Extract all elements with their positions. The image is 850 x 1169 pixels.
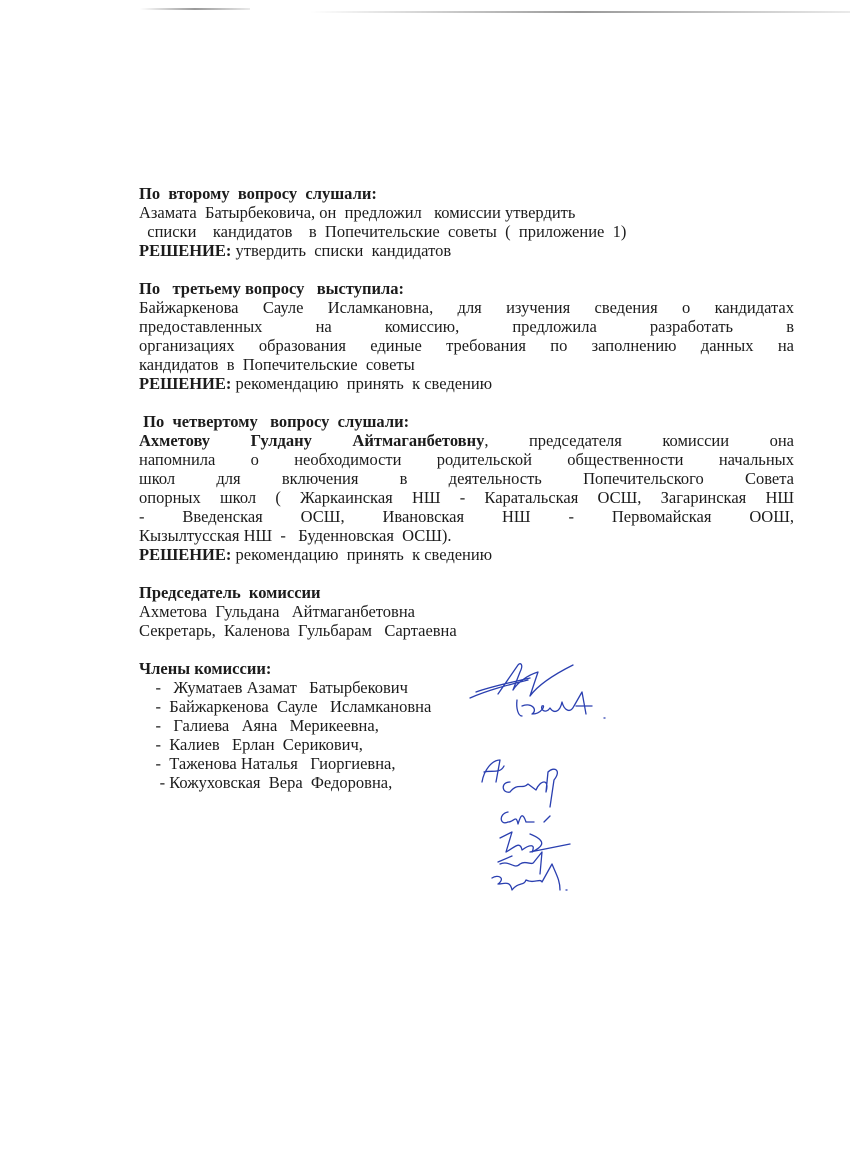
scan-edge-mark (140, 8, 250, 10)
member-item: - Калиев Ерлан Серикович, (139, 735, 794, 754)
member-item: - Таженова Наталья Гиоргиевна, (139, 754, 794, 773)
secretary-name: Секретарь, Каленова Гульбарам Сартаевна (139, 621, 794, 640)
section4-heading: По четвертому вопросу слушали: (139, 412, 794, 431)
section4-line: Ахметову Гулдану Айтмаганбетовну, предсе… (139, 431, 794, 450)
member-item: - Кожуховская Вера Федоровна, (139, 773, 794, 792)
section4-line: опорных школ ( Жаркаинская НШ - Караталь… (139, 488, 794, 507)
section3-line: предоставленных на комиссию, предложила … (139, 317, 794, 336)
secretary-signature (512, 688, 622, 728)
speaker-rest: , председателя комиссии она (484, 431, 794, 450)
decision-text: рекомендацию принять к сведению (231, 545, 492, 564)
section4-line: - Введенская ОСШ, Ивановская НШ - Первом… (139, 507, 794, 526)
section2-decision: РЕШЕНИЕ: утвердить списки кандидатов (139, 241, 794, 260)
section2-heading: По второму вопросу слушали: (139, 184, 794, 203)
members-title: Члены комиссии: (139, 659, 794, 678)
section4-decision: РЕШЕНИЕ: рекомендацию принять к сведению (139, 545, 794, 564)
section2-line: Азамата Батырбековича, он предложил коми… (139, 203, 794, 222)
decision-label: РЕШЕНИЕ: (139, 545, 231, 564)
section3-line: организациях образования единые требован… (139, 336, 794, 355)
decision-text: утвердить списки кандидатов (231, 241, 451, 260)
scan-edge-mark (310, 11, 850, 13)
section4-line: школ для включения в деятельность Попечи… (139, 469, 794, 488)
member-item: - Галиева Аяна Мерикеевна, (139, 716, 794, 735)
member-item: - Жуматаев Азамат Батырбекович (139, 678, 794, 697)
section4-line: Кызылтусская НШ - Буденновская ОСШ). (139, 526, 794, 545)
section3-line: кандидатов в Попечительские советы (139, 355, 794, 374)
decision-text: рекомендацию принять к сведению (231, 374, 492, 393)
member-item: - Байжаркенова Сауле Исламкановна (139, 697, 794, 716)
document-page: По второму вопросу слушали: Азамата Баты… (139, 184, 794, 792)
speaker-name: Ахметову Гулдану Айтмаганбетовну (139, 431, 484, 450)
section3-decision: РЕШЕНИЕ: рекомендацию принять к сведению (139, 374, 794, 393)
decision-label: РЕШЕНИЕ: (139, 241, 231, 260)
section3-line: Байжаркенова Сауле Исламкановна, для изу… (139, 298, 794, 317)
chair-name: Ахметова Гульдана Айтмаганбетовна (139, 602, 794, 621)
decision-label: РЕШЕНИЕ: (139, 374, 231, 393)
section2-line: списки кандидатов в Попечительские совет… (139, 222, 794, 241)
section4-line: напомнила о необходимости родительской о… (139, 450, 794, 469)
members-signatures (470, 752, 590, 902)
chair-title: Председатель комиссии (139, 583, 794, 602)
section3-heading: По третьему вопросу выступила: (139, 279, 794, 298)
